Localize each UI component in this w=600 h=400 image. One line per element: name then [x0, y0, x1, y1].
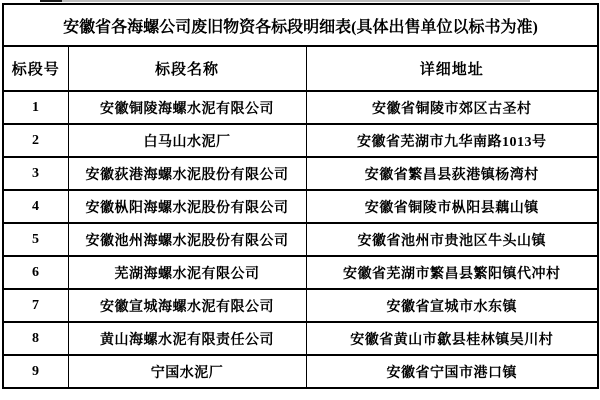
column-header-bid-no: 标段号 [3, 46, 68, 91]
table-row: 3安徽荻港海螺水泥股份有限公司安徽省繁昌县荻港镇杨湾村 [3, 157, 598, 190]
bid-name-cell: 宁国水泥厂 [68, 355, 306, 388]
address-cell: 安徽省黄山市歙县桂林镇吴川村 [306, 322, 598, 355]
bid-name-cell: 安徽荻港海螺水泥股份有限公司 [68, 157, 306, 190]
address-cell: 安徽省池州市贵池区牛头山镇 [306, 223, 598, 256]
bid-name-cell: 白马山水泥厂 [68, 124, 306, 157]
bid-no-cell: 6 [3, 256, 68, 289]
table-row: 6芜湖海螺水泥有限公司安徽省芜湖市繁昌县繁阳镇代冲村 [3, 256, 598, 289]
table-row: 9宁国水泥厂安徽省宁国市港口镇 [3, 355, 598, 388]
address-cell: 安徽省繁昌县荻港镇杨湾村 [306, 157, 598, 190]
bid-name-cell: 安徽枞阳海螺水泥股份有限公司 [68, 190, 306, 223]
bid-name-cell: 安徽宣城海螺水泥有限公司 [68, 289, 306, 322]
bid-name-cell: 安徽池州海螺水泥股份有限公司 [68, 223, 306, 256]
address-cell: 安徽省芜湖市繁昌县繁阳镇代冲村 [306, 256, 598, 289]
bid-no-cell: 1 [3, 91, 68, 124]
table-header-row: 标段号 标段名称 详细地址 [3, 46, 598, 91]
page: 安徽省各海螺公司废旧物资各标段明细表(具体出售单位以标书为准) 标段号 标段名称… [0, 0, 600, 400]
table-row: 1安徽铜陵海螺水泥有限公司安徽省铜陵市郊区古圣村 [3, 91, 598, 124]
table-row: 7安徽宣城海螺水泥有限公司安徽省宣城市水东镇 [3, 289, 598, 322]
bid-no-cell: 7 [3, 289, 68, 322]
address-cell: 安徽省铜陵市枞阳县藕山镇 [306, 190, 598, 223]
table-body: 1安徽铜陵海螺水泥有限公司安徽省铜陵市郊区古圣村2白马山水泥厂安徽省芜湖市九华南… [3, 91, 598, 388]
address-cell: 安徽省宣城市水东镇 [306, 289, 598, 322]
bid-no-cell: 4 [3, 190, 68, 223]
address-cell: 安徽省宁国市港口镇 [306, 355, 598, 388]
bid-no-cell: 8 [3, 322, 68, 355]
bid-name-cell: 安徽铜陵海螺水泥有限公司 [68, 91, 306, 124]
address-cell: 安徽省芜湖市九华南路1013号 [306, 124, 598, 157]
table-row: 5安徽池州海螺水泥股份有限公司安徽省池州市贵池区牛头山镇 [3, 223, 598, 256]
bid-no-cell: 2 [3, 124, 68, 157]
bid-sections-table: 安徽省各海螺公司废旧物资各标段明细表(具体出售单位以标书为准) 标段号 标段名称… [2, 3, 599, 389]
table-row: 8黄山海螺水泥有限责任公司安徽省黄山市歙县桂林镇吴川村 [3, 322, 598, 355]
bid-name-cell: 芜湖海螺水泥有限公司 [68, 256, 306, 289]
table-row: 2白马山水泥厂安徽省芜湖市九华南路1013号 [3, 124, 598, 157]
column-header-bid-name: 标段名称 [68, 46, 306, 91]
window-edge-artifact-dark [40, 0, 62, 2]
bid-no-cell: 3 [3, 157, 68, 190]
table-title: 安徽省各海螺公司废旧物资各标段明细表(具体出售单位以标书为准) [3, 4, 598, 46]
table-row: 4安徽枞阳海螺水泥股份有限公司安徽省铜陵市枞阳县藕山镇 [3, 190, 598, 223]
bid-no-cell: 5 [3, 223, 68, 256]
bid-name-cell: 黄山海螺水泥有限责任公司 [68, 322, 306, 355]
column-header-address: 详细地址 [306, 46, 598, 91]
window-edge-artifact-gray [62, 0, 530, 2]
bid-no-cell: 9 [3, 355, 68, 388]
address-cell: 安徽省铜陵市郊区古圣村 [306, 91, 598, 124]
table-title-row: 安徽省各海螺公司废旧物资各标段明细表(具体出售单位以标书为准) [3, 4, 598, 46]
